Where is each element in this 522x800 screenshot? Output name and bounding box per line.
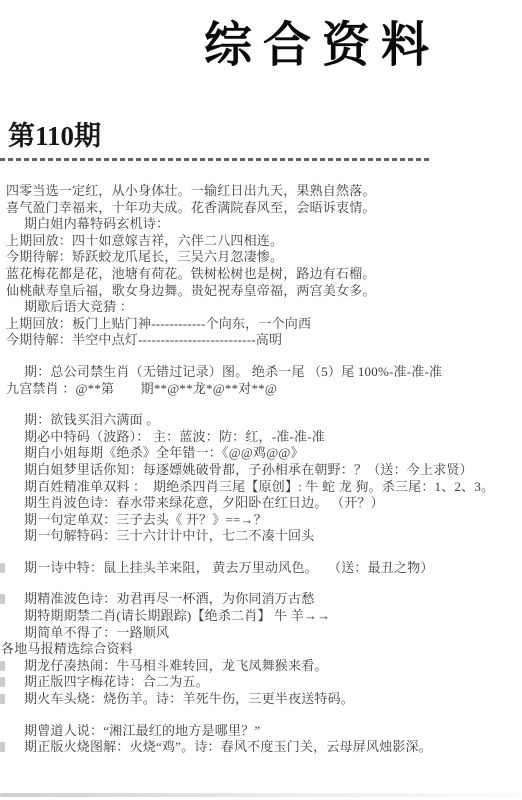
text-line: 期白姐内幕特码玄机诗：: [0, 216, 522, 233]
text-line: 期一句定单双：三子去头《 开？》==→？: [0, 512, 522, 529]
text-line: 各地马报精选综合资料: [0, 641, 522, 658]
text-line: 上期回放：板门上贴门神------------个向东，一个向西: [0, 316, 522, 333]
text-line: 今期待解：矫跃蛟龙爪尾长，三吴六月忽凄惨。: [0, 249, 522, 266]
text-line: 上期回放：四十如意嫁吉祥，六伴二八四相连。: [0, 233, 522, 250]
text-line: 喜气盈门幸福来，十年功夫成。花香满院春风至，会晤诉衷情。: [0, 200, 522, 217]
page-title: 综合资料: [204, 6, 440, 75]
text-line: 期一诗中特：鼠上挂头羊来阻， 黄去万里动风色。 （送：最丑之物）: [0, 560, 522, 577]
scan-artifact-mark: [0, 563, 5, 573]
text-line: 期火车头烧：烧伤羊。诗：羊死牛伤，三更半夜送特码。: [0, 691, 522, 708]
text-line: 期一句解特码：三十六计计中计，七二不凑十回头: [0, 528, 522, 545]
text-line: 期生肖波色诗：春水带来绿花意，夕阳卧在红日边。 （开？）: [0, 495, 522, 512]
text-line: 期精准波色诗：劝君再尽一杯酒，为你同消万古愁: [0, 591, 522, 608]
scan-edge-shadow: [0, 793, 522, 797]
text-line: 期：欲钱买泪六满面 。: [0, 412, 522, 429]
scan-artifact-mark: [0, 742, 5, 752]
text-line: 期简单不得了：一路顺风: [0, 625, 522, 642]
text-line: 期曾道人说：“湘江最红的地方是哪里？”: [0, 723, 522, 740]
text-line: 期歇后语大竞猜 ：: [0, 299, 522, 316]
scan-artifact-mark: [0, 694, 5, 704]
scan-artifact-mark: [0, 594, 5, 604]
scan-artifact-mark: [0, 661, 5, 671]
text-line: 期白小姐每期《绝杀》全年错一：《@@鸡@@》: [0, 445, 522, 462]
text-line: 期：总公司禁生肖（无错过记录）图。 绝杀一尾 （5）尾 100%-准-准-准: [0, 364, 522, 381]
text-line: 期百姓精准单双料 ： 期绝杀四肖三尾【原创】: 牛 蛇 龙 狗。杀三尾：1、2、…: [0, 479, 522, 496]
text-line: 期必中特码（波路）： 主：蓝波：防：红，-准-准-准: [0, 429, 522, 446]
scanned-document-page: 综合资料 第110期 四零当选一定红，从小身体壮。一输红日出九天，果熟自然落。喜…: [0, 0, 522, 800]
text-line: 九宫禁肖 ：@**第 期**@**龙*@**对**@: [0, 381, 522, 398]
text-line: 四零当选一定红，从小身体壮。一输红日出九天，果熟自然落。: [0, 183, 522, 200]
text-line: 期正版火烧图解：火烧“鸡”。诗：春风不度玉门关，云母屏风烛影深。: [0, 739, 522, 756]
scan-artifact-mark: [0, 677, 5, 687]
text-line: 期龙仔凑热闹：牛马相斗难转回，龙飞凤舞猴来看。: [0, 658, 522, 675]
document-body: 四零当选一定红，从小身体壮。一输红日出九天，果熟自然落。喜气盈门幸福来，十年功夫…: [0, 183, 522, 756]
text-line: 仙桃献寿皇后福，歌女身边舞。贵妃祝寿皇帝福，两宫美女多。: [0, 283, 522, 300]
text-line: 今期待解：半空中点灯--------------------------高明: [0, 332, 522, 349]
text-line: 蓝花梅花都是花，池塘有荷花。铁树松树也是树，路边有石榴。: [0, 266, 522, 283]
separator-dashed-line: [0, 158, 432, 161]
text-line: 期白姐梦里话你知：每逐嫖姚破骨都，子孙相承在朝野：？（送：今上求贤）: [0, 462, 522, 479]
text-line: 期特期期禁二肖(请长期跟踪)【绝杀二肖】 牛 羊→→: [0, 608, 522, 625]
issue-number: 第110期: [8, 114, 101, 153]
text-line: 期正版四字梅花诗：合二为五。: [0, 674, 522, 691]
